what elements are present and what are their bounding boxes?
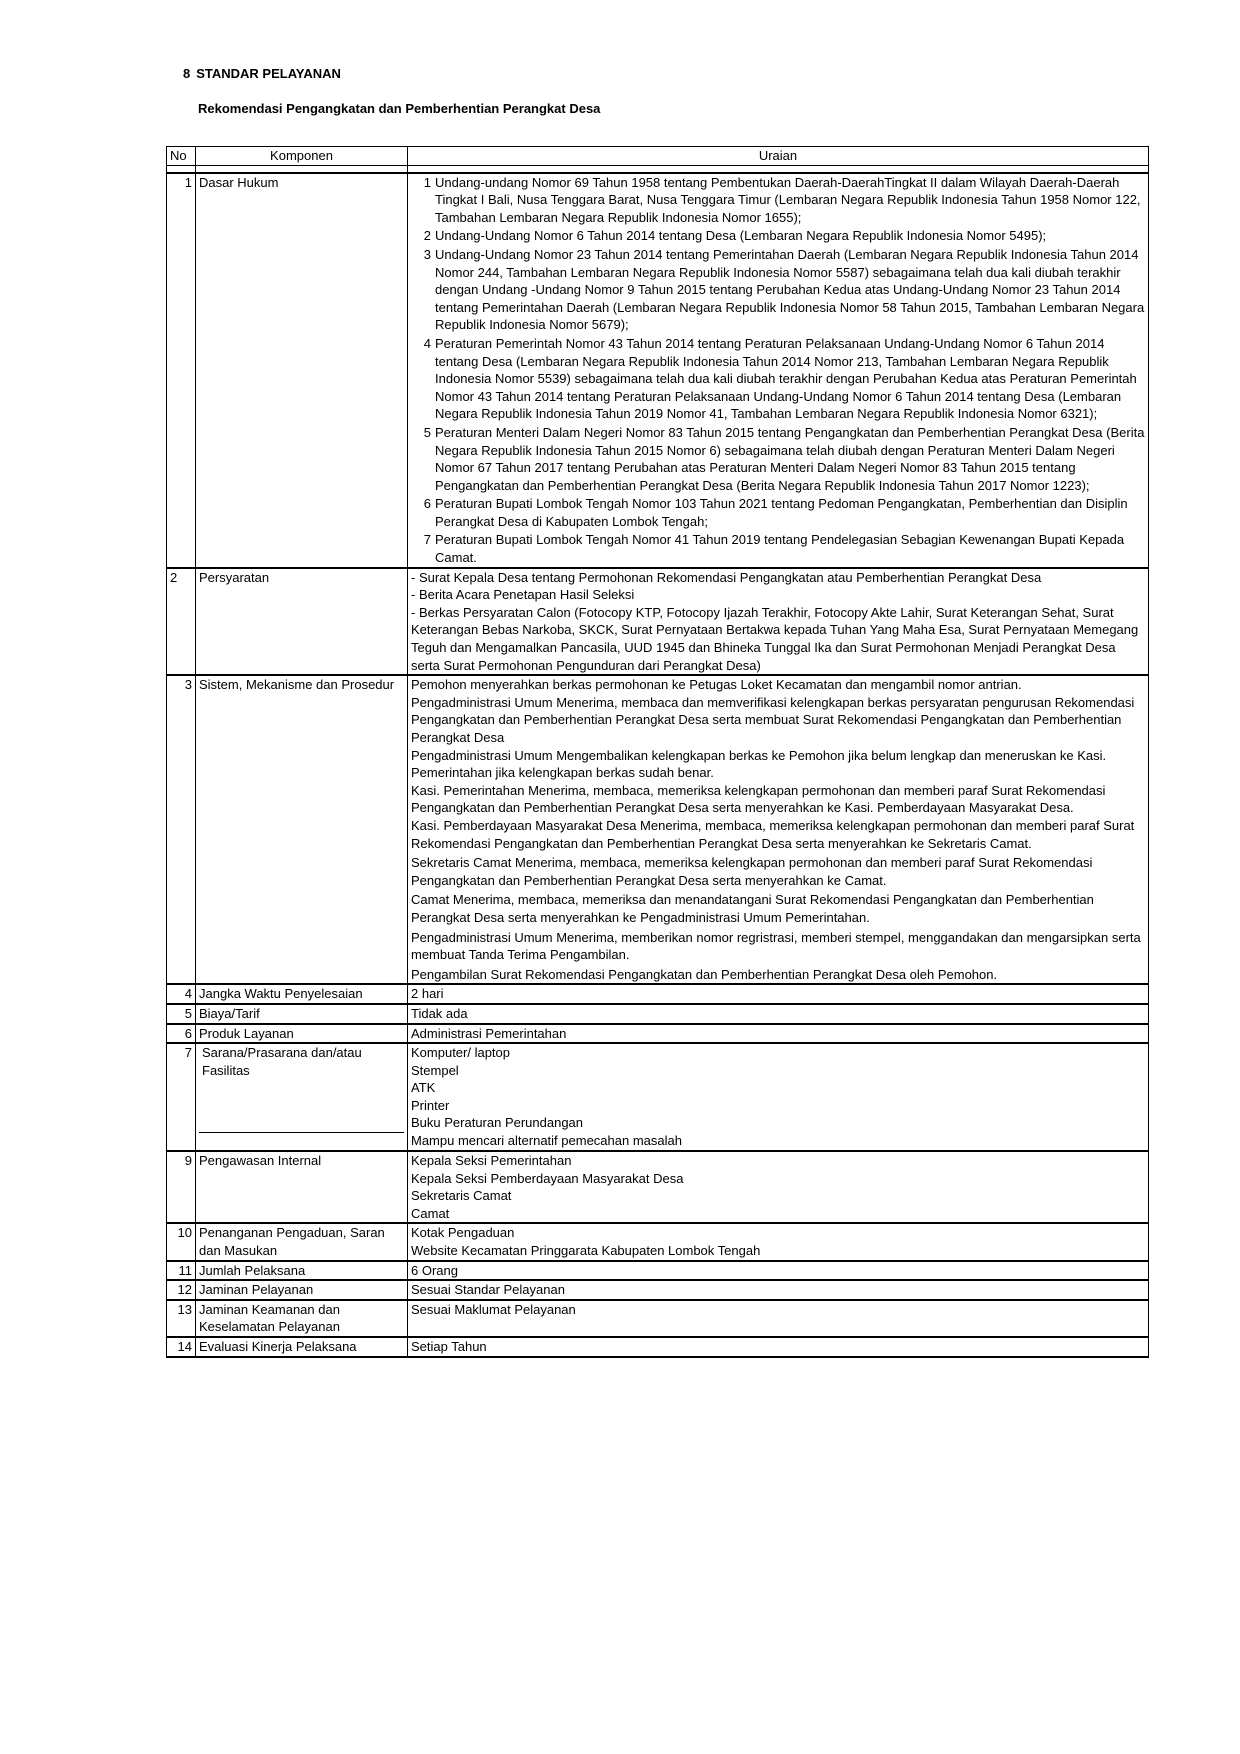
row-number: 3 xyxy=(167,675,196,984)
header-spacer-row xyxy=(167,165,1149,173)
row-uraian: Setiap Tahun xyxy=(408,1337,1149,1357)
uraian-item: Pengambilan Surat Rekomendasi Pengangkat… xyxy=(411,966,1145,984)
uraian-item: Sekretaris Camat Menerima, membaca, meme… xyxy=(411,854,1145,889)
law-number: 7 xyxy=(411,531,431,566)
law-text: Undang-undang Nomor 69 Tahun 1958 tentan… xyxy=(435,174,1145,227)
uraian-item: Buku Peraturan Perundangan xyxy=(411,1114,1145,1132)
row-uraian: Kepala Seksi PemerintahanKepala Seksi Pe… xyxy=(408,1151,1149,1223)
law-text: Peraturan Pemerintah Nomor 43 Tahun 2014… xyxy=(435,335,1145,423)
uraian-item: Setiap Tahun xyxy=(411,1338,1145,1356)
law-item: 7Peraturan Bupati Lombok Tengah Nomor 41… xyxy=(411,531,1145,566)
law-number: 2 xyxy=(411,227,431,245)
uraian-item: Tidak ada xyxy=(411,1005,1145,1023)
uraian-item: Kasi. Pemberdayaan Masyarakat Desa Mener… xyxy=(411,817,1145,852)
uraian-item: Mampu mencari alternatif pemecahan masal… xyxy=(411,1132,1145,1150)
row-number: 10 xyxy=(167,1223,196,1260)
row-komponen: Biaya/Tarif xyxy=(196,1004,408,1024)
law-text: Undang-Undang Nomor 23 Tahun 2014 tentan… xyxy=(435,246,1145,334)
row-komponen: Jumlah Pelaksana xyxy=(196,1261,408,1281)
table-row: 9Pengawasan InternalKepala Seksi Pemerin… xyxy=(167,1151,1149,1223)
row-number: 13 xyxy=(167,1300,196,1337)
row-komponen: Dasar Hukum xyxy=(196,173,408,568)
uraian-item: - Berita Acara Penetapan Hasil Seleksi xyxy=(411,586,1145,604)
law-item: 6Peraturan Bupati Lombok Tengah Nomor 10… xyxy=(411,495,1145,530)
uraian-item: Camat Menerima, membaca, memeriksa dan m… xyxy=(411,891,1145,926)
law-number: 5 xyxy=(411,424,431,494)
uraian-item: Administrasi Pemerintahan xyxy=(411,1025,1145,1043)
law-number: 1 xyxy=(411,174,431,227)
row-uraian: - Surat Kepala Desa tentang Permohonan R… xyxy=(408,568,1149,676)
row-uraian: 1Undang-undang Nomor 69 Tahun 1958 tenta… xyxy=(408,173,1149,568)
row-uraian: 6 Orang xyxy=(408,1261,1149,1281)
law-item: 1Undang-undang Nomor 69 Tahun 1958 tenta… xyxy=(411,174,1145,227)
row-number: 9 xyxy=(167,1151,196,1223)
table-row: 14Evaluasi Kinerja PelaksanaSetiap Tahun xyxy=(167,1337,1149,1357)
uraian-item: Pemohon menyerahkan berkas permohonan ke… xyxy=(411,676,1145,694)
row-komponen: Evaluasi Kinerja Pelaksana xyxy=(196,1337,408,1357)
law-number: 3 xyxy=(411,246,431,334)
table-body: 1Dasar Hukum1Undang-undang Nomor 69 Tahu… xyxy=(167,173,1149,1357)
table-row: 11Jumlah Pelaksana6 Orang xyxy=(167,1261,1149,1281)
uraian-item: Pengadministrasi Umum Menerima, memberik… xyxy=(411,929,1145,964)
uraian-item: Website Kecamatan Pringgarata Kabupaten … xyxy=(411,1242,1145,1260)
table-header-row: No Komponen Uraian xyxy=(167,147,1149,166)
row-number: 4 xyxy=(167,984,196,1004)
row-uraian: Sesuai Maklumat Pelayanan xyxy=(408,1300,1149,1337)
header-no: No xyxy=(167,147,196,166)
section-heading: 8STANDAR PELAYANAN xyxy=(183,66,341,81)
uraian-item: ATK xyxy=(411,1079,1145,1097)
law-item: 3Undang-Undang Nomor 23 Tahun 2014 tenta… xyxy=(411,246,1145,334)
table-row: 4Jangka Waktu Penyelesaian2 hari xyxy=(167,984,1149,1004)
uraian-item: Sesuai Standar Pelayanan xyxy=(411,1281,1145,1299)
row-uraian: Tidak ada xyxy=(408,1004,1149,1024)
row-number: 5 xyxy=(167,1004,196,1024)
row-uraian: Pemohon menyerahkan berkas permohonan ke… xyxy=(408,675,1149,984)
law-text: Peraturan Bupati Lombok Tengah Nomor 103… xyxy=(435,495,1145,530)
section-title: STANDAR PELAYANAN xyxy=(196,66,341,81)
uraian-item: Kepala Seksi Pemberdayaan Masyarakat Des… xyxy=(411,1170,1145,1188)
uraian-item: Pengadministrasi Umum Menerima, membaca … xyxy=(411,694,1145,747)
uraian-item: Camat xyxy=(411,1205,1145,1223)
row-number: 11 xyxy=(167,1261,196,1281)
row-number: 14 xyxy=(167,1337,196,1357)
uraian-item: Kasi. Pemerintahan Menerima, membaca, me… xyxy=(411,782,1145,817)
uraian-item: Printer xyxy=(411,1097,1145,1115)
law-item: 2Undang-Undang Nomor 6 Tahun 2014 tentan… xyxy=(411,227,1145,245)
uraian-item: - Berkas Persyaratan Calon (Fotocopy KTP… xyxy=(411,604,1145,674)
row-komponen: Jaminan Keamanan dan Keselamatan Pelayan… xyxy=(196,1300,408,1337)
row-number: 2 xyxy=(167,568,196,676)
law-number: 6 xyxy=(411,495,431,530)
table-row: 12Jaminan PelayananSesuai Standar Pelaya… xyxy=(167,1280,1149,1300)
uraian-item: Pengadministrasi Umum Mengembalikan kele… xyxy=(411,747,1145,782)
service-title: Rekomendasi Pengangkatan dan Pemberhenti… xyxy=(198,101,600,116)
uraian-item: 6 Orang xyxy=(411,1262,1145,1280)
law-item: 5Peraturan Menteri Dalam Negeri Nomor 83… xyxy=(411,424,1145,494)
row-number: 12 xyxy=(167,1280,196,1300)
law-text: Peraturan Bupati Lombok Tengah Nomor 41 … xyxy=(435,531,1145,566)
law-item: 4Peraturan Pemerintah Nomor 43 Tahun 201… xyxy=(411,335,1145,423)
komponen-blank xyxy=(199,1133,404,1150)
row-uraian: 2 hari xyxy=(408,984,1149,1004)
row-komponen: Produk Layanan xyxy=(196,1024,408,1044)
service-standard-table: No Komponen Uraian 1Dasar Hukum1Undang-u… xyxy=(166,146,1149,1358)
row-komponen: Jangka Waktu Penyelesaian xyxy=(196,984,408,1004)
row-komponen: Persyaratan xyxy=(196,568,408,676)
uraian-item: 2 hari xyxy=(411,985,1145,1003)
row-uraian: Sesuai Standar Pelayanan xyxy=(408,1280,1149,1300)
row-uraian: Komputer/ laptopStempelATKPrinterBuku Pe… xyxy=(408,1043,1149,1151)
table-row: 5Biaya/TarifTidak ada xyxy=(167,1004,1149,1024)
section-number: 8 xyxy=(183,66,190,81)
table-row: 3Sistem, Mekanisme dan ProsedurPemohon m… xyxy=(167,675,1149,984)
uraian-item: Sesuai Maklumat Pelayanan xyxy=(411,1301,1145,1319)
table-row: 10Penanganan Pengaduan, Saran dan Masuka… xyxy=(167,1223,1149,1260)
uraian-item: Komputer/ laptop xyxy=(411,1044,1145,1062)
row-uraian: Administrasi Pemerintahan xyxy=(408,1024,1149,1044)
law-text: Peraturan Menteri Dalam Negeri Nomor 83 … xyxy=(435,424,1145,494)
uraian-item: Kotak Pengaduan xyxy=(411,1224,1145,1242)
law-number: 4 xyxy=(411,335,431,423)
uraian-item: Sekretaris Camat xyxy=(411,1187,1145,1205)
komponen-main: Sarana/Prasarana dan/atau Fasilitas xyxy=(199,1044,404,1133)
table-row: 2Persyaratan- Surat Kepala Desa tentang … xyxy=(167,568,1149,676)
row-komponen: Sarana/Prasarana dan/atau Fasilitas xyxy=(196,1043,408,1151)
row-komponen: Jaminan Pelayanan xyxy=(196,1280,408,1300)
row-komponen: Pengawasan Internal xyxy=(196,1151,408,1223)
table-row: 1Dasar Hukum1Undang-undang Nomor 69 Tahu… xyxy=(167,173,1149,568)
row-uraian: Kotak PengaduanWebsite Kecamatan Pringga… xyxy=(408,1223,1149,1260)
table-row: 13Jaminan Keamanan dan Keselamatan Pelay… xyxy=(167,1300,1149,1337)
row-komponen: Sistem, Mekanisme dan Prosedur xyxy=(196,675,408,984)
table-row: 6Produk LayananAdministrasi Pemerintahan xyxy=(167,1024,1149,1044)
header-komponen: Komponen xyxy=(196,147,408,166)
header-uraian: Uraian xyxy=(408,147,1149,166)
table-row: 7Sarana/Prasarana dan/atau FasilitasKomp… xyxy=(167,1043,1149,1151)
row-number: 7 xyxy=(167,1043,196,1151)
law-text: Undang-Undang Nomor 6 Tahun 2014 tentang… xyxy=(435,227,1145,245)
uraian-item: Kepala Seksi Pemerintahan xyxy=(411,1152,1145,1170)
uraian-item: Stempel xyxy=(411,1062,1145,1080)
uraian-item: - Surat Kepala Desa tentang Permohonan R… xyxy=(411,569,1145,587)
row-komponen: Penanganan Pengaduan, Saran dan Masukan xyxy=(196,1223,408,1260)
row-number: 1 xyxy=(167,173,196,568)
row-number: 6 xyxy=(167,1024,196,1044)
